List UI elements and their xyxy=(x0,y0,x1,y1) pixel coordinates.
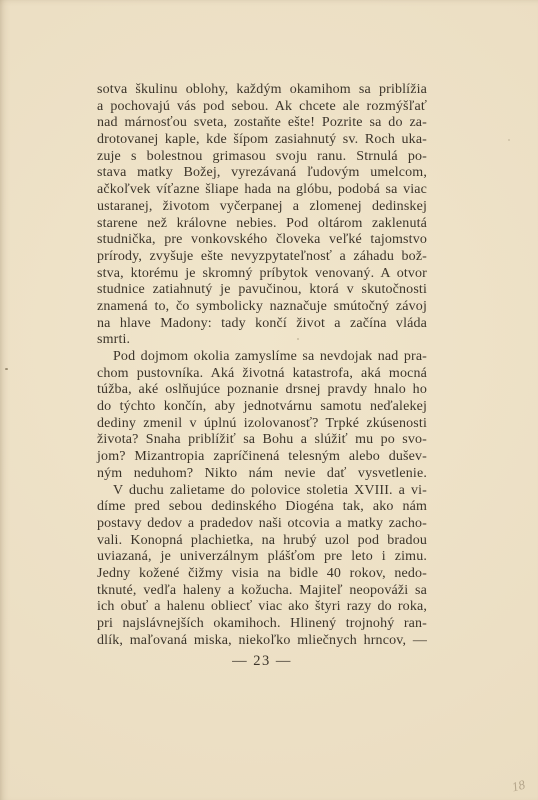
page-number: — 23 — xyxy=(97,653,427,670)
text-line: jom? Mizantropia zapríčinená telesným al… xyxy=(97,449,427,466)
text-line: pri najslávnejších okamihoch. Hlinený tr… xyxy=(97,616,427,633)
text-line: znamená to, čo symbolicky naznačuje smút… xyxy=(97,299,427,316)
paper-speck xyxy=(5,368,8,370)
text-line: vali. Konopná plachietka, na hrubý uzol … xyxy=(97,533,427,550)
text-line: do týchto končín, aby jednotvárnu samotu… xyxy=(97,399,427,416)
text-line: ustaranej, životom vyčerpanej a zlomenej… xyxy=(97,199,427,216)
text-line: sotva škulinu oblohy, každým okamihom sa… xyxy=(97,82,427,99)
text-line: studnice zatiahnutý je pavučinou, ktorá … xyxy=(97,282,427,299)
text-line: V duchu zalietame do polovice stoletia X… xyxy=(97,483,427,500)
paper-speck xyxy=(297,338,299,340)
pencil-mark: 18 xyxy=(510,777,526,796)
text-line: dediny zmenil v úplnú izolovanosť? Trpké… xyxy=(97,416,427,433)
paper-speck xyxy=(508,139,510,141)
paragraph: sotva škulinu oblohy, každým okamihom sa… xyxy=(97,82,427,349)
text-line: stava matky Božej, vyrezávaná ľudovým um… xyxy=(97,165,427,182)
text-line: stva, ktorému je skromný príbytok venova… xyxy=(97,266,427,283)
text-line: tknuté, vedľa haleny a kožucha. Majiteľ … xyxy=(97,583,427,600)
text-line: postavy dedov a pradedov naši otcovia a … xyxy=(97,516,427,533)
text-line: a pochovajú vás pod sebou. Ak chcete ale… xyxy=(97,99,427,116)
text-line: smrti. xyxy=(97,332,427,349)
text-line: prírody, zvyšuje ešte nevyzpytateľnosť a… xyxy=(97,249,427,266)
text-line: díme pred sebou dedinského Diogéna tak, … xyxy=(97,499,427,516)
text-line: drotovanej kaple, kde šípom zasiahnutý s… xyxy=(97,132,427,149)
text-block: sotva škulinu oblohy, každým okamihom sa… xyxy=(97,82,427,649)
text-line: nad márnosťou sveta, zostaňte ešte! Pozr… xyxy=(97,115,427,132)
text-line: studnička, pre vonkovského človeka veľké… xyxy=(97,232,427,249)
text-line: ačkoľvek víťazne šliape hada na glóbu, p… xyxy=(97,182,427,199)
text-line: života? Snaha priblížiť sa Bohu a slúžiť… xyxy=(97,432,427,449)
text-line: ich obuť a halenu obliecť viac ako štyri… xyxy=(97,599,427,616)
paragraph: V duchu zalietame do polovice stoletia X… xyxy=(97,483,427,650)
text-line: Jedny kožené čižmy visia na bidle 40 rok… xyxy=(97,566,427,583)
paragraph: Pod dojmom okolia zamyslíme sa nevdojak … xyxy=(97,349,427,483)
text-line: Pod dojmom okolia zamyslíme sa nevdojak … xyxy=(97,349,427,366)
text-line: dlík, maľovaná miska, niekoľko mliečnych… xyxy=(97,633,427,650)
book-page-scan: sotva škulinu oblohy, každým okamihom sa… xyxy=(0,0,538,800)
text-line: túžba, aké oslňujúce poznanie drsnej pra… xyxy=(97,382,427,399)
text-line: ným neduhom? Nikto nám nevie dať vysvetl… xyxy=(97,466,427,483)
text-line: uviazaná, je univerzálnym plášťom pre le… xyxy=(97,549,427,566)
text-line: starene než královne nebies. Pod oltárom… xyxy=(97,216,427,233)
text-line: zuje s bolestnou grimasou svoju ranu. St… xyxy=(97,149,427,166)
text-line: chom pustovníka. Aká životná katastrofa,… xyxy=(97,366,427,383)
text-line: na hlave Madony: tady končí život a začí… xyxy=(97,316,427,333)
